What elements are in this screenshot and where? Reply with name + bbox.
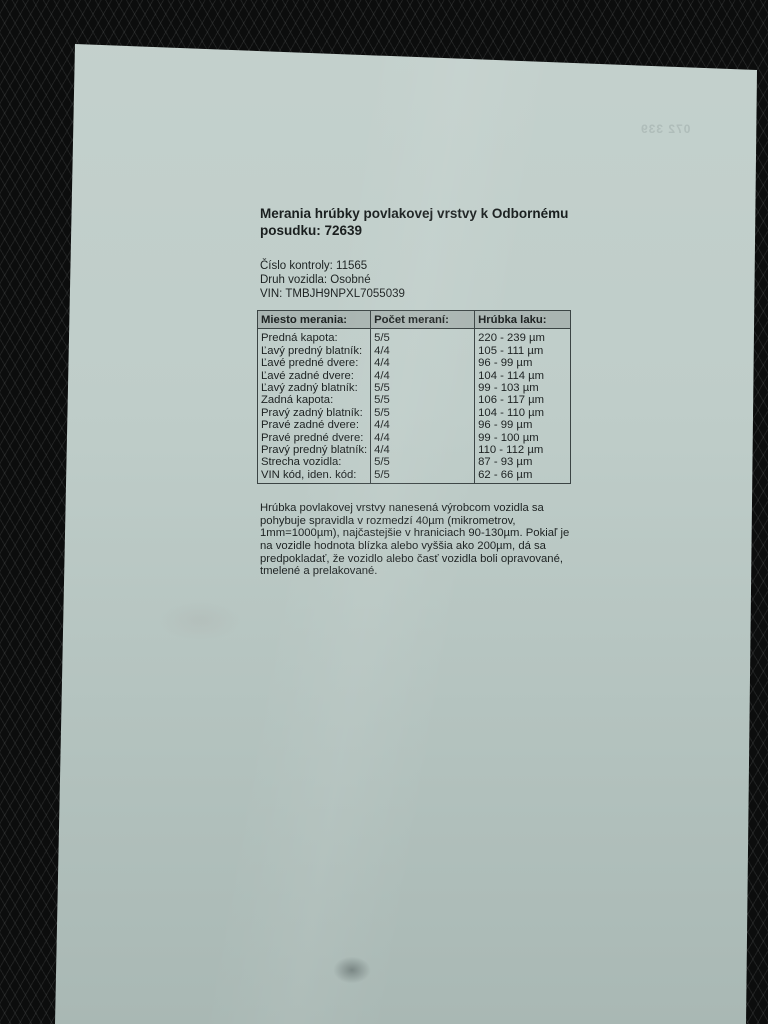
cell-place: Zadná kapota: [261, 394, 367, 406]
cell-count: 4/4 [374, 345, 471, 357]
header-count: Počet meraní: [371, 311, 475, 329]
cell-thickness: 106 - 117 µm [478, 394, 567, 406]
cell-place: Predná kapota: [261, 332, 367, 344]
cell-thickness: 105 - 111 µm [478, 345, 567, 357]
cell-thickness: 96 - 99 µm [478, 357, 567, 369]
cell-thickness: 96 - 99 µm [478, 419, 567, 431]
cell-count: 4/4 [374, 419, 471, 431]
cell-thickness: 104 - 110 µm [478, 407, 567, 419]
table-body-row: Predná kapota:Ľavý predný blatník:Ľavé p… [258, 329, 571, 484]
cell-thickness: 99 - 103 µm [478, 382, 567, 394]
measurement-table: Miesto merania: Počet meraní: Hrúbka lak… [257, 310, 571, 484]
cell-place: Pravé zadné dvere: [261, 419, 367, 431]
cell-place: Pravý zadný blatník: [261, 407, 367, 419]
header-thickness: Hrúbka laku: [475, 311, 571, 329]
cell-count: 5/5 [374, 407, 471, 419]
report-title: Merania hrúbky povlakovej vrstvy k Odbor… [260, 205, 590, 239]
cell-place: Pravé predné dvere: [261, 432, 367, 444]
cell-count: 4/4 [374, 357, 471, 369]
cell-place: Ľavý predný blatník: [261, 345, 367, 357]
paper-sheet: 072 339 Merania hrúbky povlakovej vrstvy… [0, 0, 768, 1024]
explanatory-note: Hrúbka povlakovej vrstvy nanesená výrobc… [260, 502, 570, 578]
cell-place: Ľavé zadné dvere: [261, 370, 367, 382]
cell-count: 4/4 [374, 444, 471, 456]
cell-count: 5/5 [374, 469, 471, 481]
header-place: Miesto merania: [258, 311, 371, 329]
cell-place: Strecha vozidla: [261, 456, 367, 468]
cell-count: 5/5 [374, 332, 471, 344]
cell-count: 5/5 [374, 456, 471, 468]
cell-thickness: 220 - 239 µm [478, 332, 567, 344]
cell-thickness: 99 - 100 µm [478, 432, 567, 444]
cell-place: Ľavé predné dvere: [261, 357, 367, 369]
cell-count: 5/5 [374, 394, 471, 406]
cell-thickness: 87 - 93 µm [478, 456, 567, 468]
cell-thickness: 104 - 114 µm [478, 370, 567, 382]
inspection-number: Číslo kontroly: 11565 [260, 259, 590, 273]
cell-count: 4/4 [374, 370, 471, 382]
report-meta: Číslo kontroly: 11565 Druh vozidla: Osob… [260, 259, 590, 301]
count-column: 5/54/44/44/45/55/55/54/44/44/45/55/5 [371, 329, 475, 484]
vin-number: VIN: TMBJH9NPXL7055039 [260, 287, 590, 301]
cell-count: 5/5 [374, 382, 471, 394]
place-column: Predná kapota:Ľavý predný blatník:Ľavé p… [258, 329, 371, 484]
cell-place: Pravý predný blatník: [261, 444, 367, 456]
cell-place: Ľavý zadný blatník: [261, 382, 367, 394]
vehicle-type: Druh vozidla: Osobné [260, 273, 590, 287]
cell-count: 4/4 [374, 432, 471, 444]
thickness-column: 220 - 239 µm105 - 111 µm96 - 99 µm104 - … [475, 329, 571, 484]
table-header-row: Miesto merania: Počet meraní: Hrúbka lak… [258, 311, 571, 329]
cell-place: VIN kód, iden. kód: [261, 469, 367, 481]
cell-thickness: 62 - 66 µm [478, 469, 567, 481]
cell-thickness: 110 - 112 µm [478, 444, 567, 456]
reverse-side-show-through: 072 339 [640, 122, 690, 136]
measurement-report: Merania hrúbky povlakovej vrstvy k Odbor… [260, 205, 590, 301]
